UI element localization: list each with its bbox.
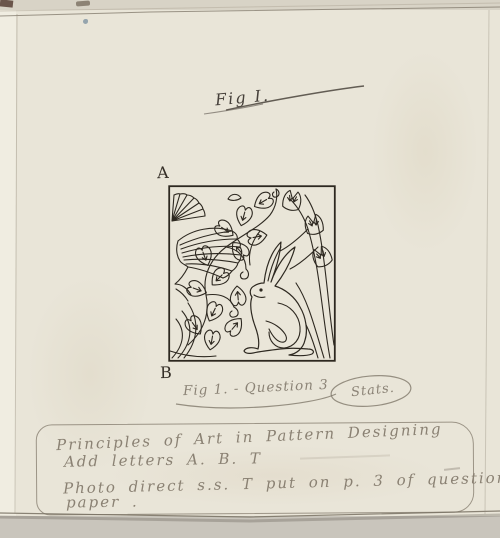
bird-crest-fan <box>172 194 205 221</box>
note-line-4: paper . <box>66 492 139 511</box>
pattern-illustration <box>168 185 336 362</box>
corner-ink-mark <box>0 0 13 8</box>
panel-label-b: B <box>160 363 172 382</box>
note-line-2: Add letters A. B. T <box>64 449 262 470</box>
top-edge-smudge <box>76 1 90 7</box>
paper-fold-margin <box>0 10 16 516</box>
blue-ink-speck <box>83 19 88 24</box>
scanned-document-page: Fig I. A B <box>0 0 500 538</box>
panel-label-a: A <box>157 163 169 182</box>
hare-illustration <box>244 242 313 356</box>
pattern-panel-drawing <box>168 185 336 362</box>
